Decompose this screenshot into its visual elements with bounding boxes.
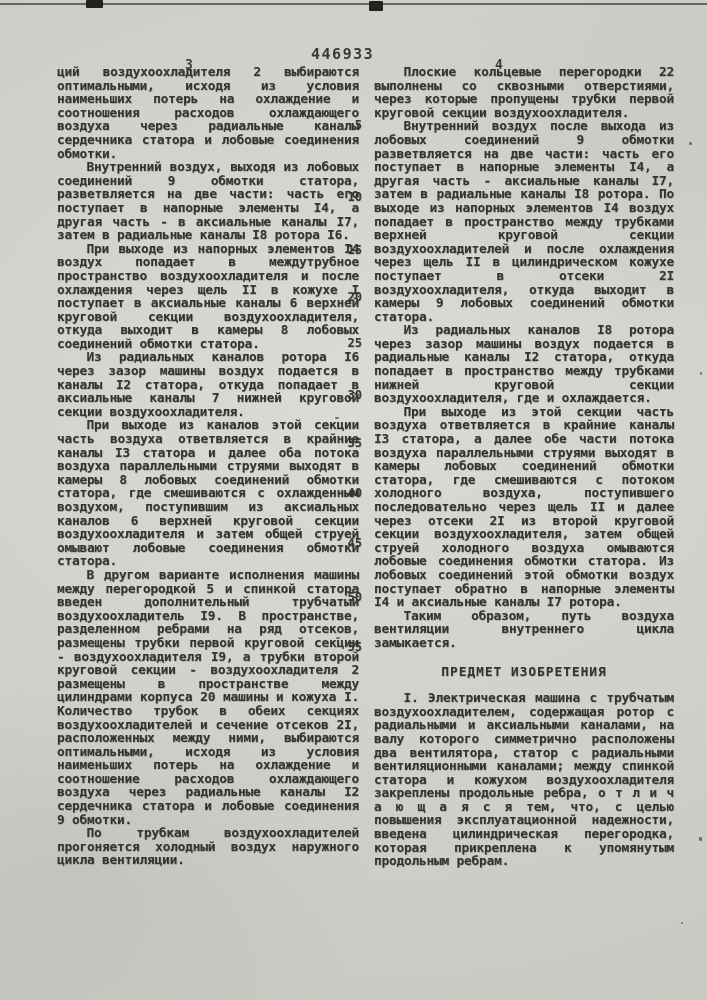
paragraph: При выходе из каналов этой секции часть …: [57, 419, 359, 569]
text-column-left: ций воздухоохладителя 2 выбираются оптим…: [57, 66, 359, 868]
scan-artifact: [336, 637, 340, 639]
scan-artifact: [369, 1, 383, 11]
scan-artifact: [700, 372, 702, 375]
scan-artifact: [333, 510, 336, 512]
paragraph: Плоские кольцевые перегородки 22 выполне…: [374, 66, 674, 120]
scan-artifact: [335, 417, 339, 419]
scan-artifact: [699, 837, 702, 841]
paragraph: Внутренний воздух, выходя из лобовых сое…: [57, 161, 359, 243]
scan-artifact: [689, 142, 692, 145]
paragraph: При выходе из напорных элементов I4 возд…: [57, 243, 359, 352]
claim-paragraph: I. Электрическая машина с трубчатым возд…: [374, 692, 674, 869]
scan-artifact: [681, 922, 683, 924]
patent-document-page: 446933 3 4 5 10 15 20 25 30 35 40 45 50 …: [0, 0, 707, 1000]
scan-artifact: [86, 0, 103, 8]
scan-edge-line: [0, 3, 707, 5]
section-heading: ПРЕДМЕТ ИЗОБРЕТЕНИЯ: [374, 666, 674, 680]
paragraph: По трубкам воздухоохладителей прогоняетс…: [57, 827, 359, 868]
paragraph: При выходе из этой секции часть воздуха …: [374, 406, 674, 610]
paragraph: Из радиальных каналов ротора I6 через за…: [57, 351, 359, 419]
patent-number: 446933: [311, 45, 374, 63]
paragraph: В другом варианте исполнения машины межд…: [57, 569, 359, 827]
paragraph: Внутренний воздух после выхода из лобовы…: [374, 120, 674, 324]
paragraph: Таким образом, путь воздуха вентиляции в…: [374, 610, 674, 651]
paragraph: Из радиальных каналов I8 ротора через за…: [374, 324, 674, 406]
paragraph: ций воздухоохладителя 2 выбираются оптим…: [57, 66, 359, 161]
text-column-right: Плоские кольцевые перегородки 22 выполне…: [374, 66, 674, 869]
